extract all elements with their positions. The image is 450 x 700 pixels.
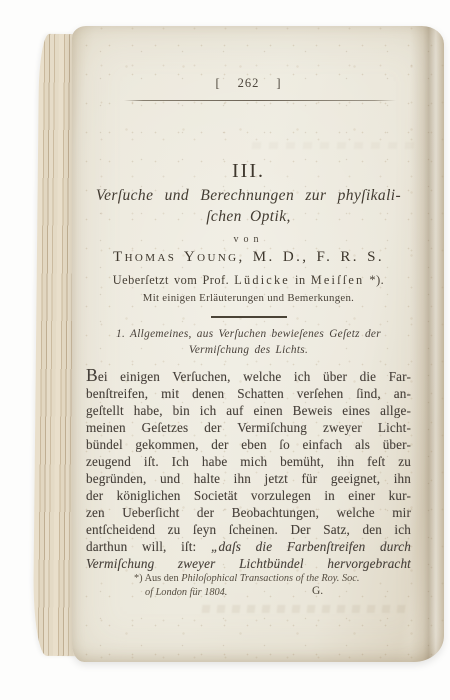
body-line: zeugend iſt. Ich habe mich bemüht, ihn f… (86, 453, 411, 470)
article-title-line2: ſchen Optik, (86, 208, 411, 226)
footnote-line1: *) Aus den Philoſophical Transactions of… (134, 572, 411, 585)
subtitle: Mit einigen Erläuterungen und Bemerkunge… (86, 292, 411, 304)
author-name: Thomas Young, M. D., F. R. S. (86, 249, 411, 266)
body-text: Bei einigen Verſuchen, welche ich über d… (86, 367, 411, 572)
section-heading-line1: 1. Allgemeines, aus Verſuchen bewieſenes… (86, 328, 411, 340)
header-rule (124, 100, 396, 101)
text-column: [ 262 ] III. Verſuche und Berechnungen z… (86, 26, 411, 662)
body-line: geſtellt habe, bin ich auf einen Beweis … (86, 402, 411, 419)
translator-mid: in (290, 273, 311, 287)
article-title-line1: Verſuche und Berechnungen zur phyſikali- (86, 187, 411, 205)
footnote-roman: Aus den (145, 573, 182, 584)
byline-von: von (86, 234, 411, 245)
bracket-right: ] (276, 76, 281, 91)
body-line: meinen Geſetzes der Vermiſchung zweyer L… (86, 419, 411, 436)
body-line: entſcheidend zu ſeyn ſcheinen. Der Satz,… (86, 521, 411, 538)
translator-line: Ueberſetzt vom Prof. Lüdicke in Meiſſen … (86, 273, 411, 288)
body-line: zen Ueberſicht der Beobachtungen, welche… (86, 504, 411, 521)
footnote-marker: *) (134, 573, 145, 584)
bracket-left: [ (215, 76, 220, 91)
gutter-fold (410, 26, 444, 662)
translator-prefix: Ueberſetzt vom Prof. (113, 273, 235, 287)
book-page: [ 262 ] III. Verſuche und Berechnungen z… (72, 26, 444, 662)
section-divider-rule (211, 316, 287, 318)
book-page-scan: [ 262 ] III. Verſuche und Berechnungen z… (0, 0, 450, 700)
body-line: Vermiſchung zweyer Lichtbündel hervorgeb… (86, 555, 411, 572)
footnote-reference-mark: *). (364, 273, 384, 287)
translator-name: Lüdicke (234, 273, 290, 287)
section-heading-line2: Vermiſchung des Lichts. (86, 344, 411, 356)
body-line: der königlichen Societät vorzulegen in e… (86, 487, 411, 504)
page-number-value: 262 (238, 76, 260, 91)
signature-mark: G. (312, 585, 342, 597)
footnote-source: Philoſophical Transactions of the Roy. S… (181, 573, 359, 584)
chapter-numeral: III. (86, 160, 411, 183)
body-line: darthun will, iſt: „daſs die Farbenſtrei… (86, 538, 411, 555)
translator-place: Meiſſen (311, 273, 365, 287)
page-number: [ 262 ] (86, 76, 411, 91)
body-line: Bei einigen Verſuchen, welche ich über d… (86, 367, 411, 385)
body-line: benſtreifen, mit denen Schatten verſehen… (86, 385, 411, 402)
body-line: bündel gekommen, der eben ſo einfach als… (86, 436, 411, 453)
body-line: begründen, und halte ihn jetzt für geeig… (86, 470, 411, 487)
